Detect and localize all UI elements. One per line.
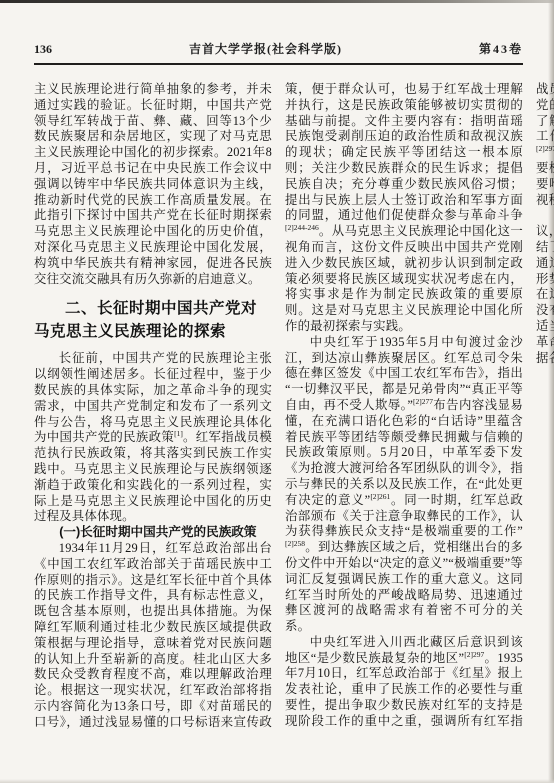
journal-title: 吉首大学学报(社会科学版) bbox=[189, 40, 342, 57]
citation-ref: [2]297 bbox=[464, 650, 484, 659]
paragraph: 长征前，中国共产党的民族理论主张以纲领性阐述居多。长征过程中，鉴于少数民族的具体… bbox=[34, 351, 272, 525]
citation-ref: [2]244-246 bbox=[285, 223, 319, 232]
page-header: 136 吉首大学学报(社会科学版) 第43卷 bbox=[34, 40, 523, 57]
citation-ref: [2]277 bbox=[413, 397, 433, 406]
page-number: 136 bbox=[34, 42, 52, 57]
journal-page: 136 吉首大学学报(社会科学版) 第43卷 主义民族理论进行简单抽象的参考，并… bbox=[0, 0, 554, 783]
citation-ref: [2]261 bbox=[370, 492, 390, 501]
section-heading: 二、长征时期中国共产党对马克思主义民族理论的探索 bbox=[34, 297, 272, 343]
paragraph: 主义民族理论进行简单抽象的参考，并未通过实践的验证。长征时期，中国共产党领导红军… bbox=[34, 82, 272, 287]
article-body: 主义民族理论进行简单抽象的参考，并未通过实践的验证。长征时期，中国共产党领导红军… bbox=[34, 82, 523, 744]
paragraph: 中央红军于1935年5月中旬渡过金沙江，到达凉山彝族聚居区。红军总司令朱德在彝区… bbox=[285, 335, 523, 635]
citation-ref: [1] bbox=[174, 429, 183, 438]
header-rule bbox=[34, 63, 523, 65]
subsection-heading: (一)长征时期中国共产党的民族政策 bbox=[34, 525, 272, 541]
paragraph: 1935年8月4日，中共中央召开沙窝会议，将民族问题列入7项核心议题之一，总结了… bbox=[536, 208, 554, 366]
volume-label: 第43卷 bbox=[479, 40, 523, 57]
citation-ref: [2]297 bbox=[536, 144, 554, 153]
citation-ref: [2]258 bbox=[285, 539, 305, 548]
scanned-journal-page: { "header": { "page_number": "136", "jou… bbox=[0, 0, 554, 783]
